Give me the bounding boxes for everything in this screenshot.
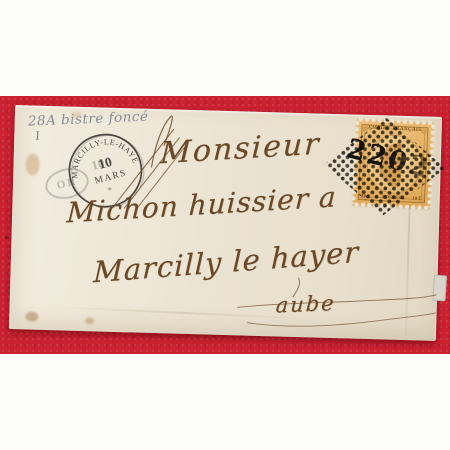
mat-speck bbox=[5, 236, 9, 239]
ink-flourishes bbox=[9, 105, 442, 341]
envelope: 28A bistre foncé I MARCILLY-LE-HAYER 10 … bbox=[9, 105, 442, 341]
cover-photo: 28A bistre foncé I MARCILLY-LE-HAYER 10 … bbox=[0, 0, 450, 450]
